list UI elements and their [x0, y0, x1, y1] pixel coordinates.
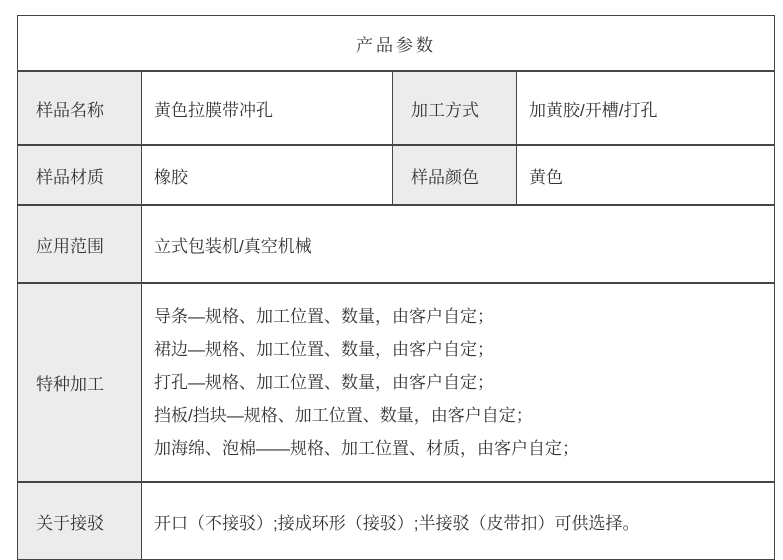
special-processing-line: 打孔—规格、加工位置、数量，由客户自定；: [154, 366, 773, 399]
processing-method-label: 加工方式: [393, 71, 517, 145]
special-processing-line: 加海绵、泡棉——规格、加工位置、材质，由客户自定；: [154, 432, 773, 465]
special-processing-line: 裙边—规格、加工位置、数量，由客户自定；: [154, 333, 773, 366]
sample-material-label: 样品材质: [18, 145, 142, 205]
table-title: 产品参数: [18, 16, 775, 72]
special-processing-label: 特种加工: [18, 283, 142, 482]
table-row: 应用范围 立式包装机/真空机械: [18, 205, 775, 283]
table-row: 样品名称 黄色拉膜带冲孔 加工方式 加黄胶/开槽/打孔: [18, 71, 775, 145]
special-processing-line: 挡板/挡块—规格、加工位置、数量，由客户自定；: [154, 399, 773, 432]
application-range-value: 立式包装机/真空机械: [142, 205, 775, 283]
product-params-table: 产品参数 样品名称 黄色拉膜带冲孔 加工方式 加黄胶/开槽/打孔 样品材质 橡胶…: [17, 15, 775, 560]
table-header-row: 产品参数: [18, 16, 775, 72]
sample-material-value: 橡胶: [142, 145, 393, 205]
sample-color-label: 样品颜色: [393, 145, 517, 205]
special-processing-line: 导条—规格、加工位置、数量，由客户自定；: [154, 300, 773, 333]
application-range-label: 应用范围: [18, 205, 142, 283]
table-row: 样品材质 橡胶 样品颜色 黄色: [18, 145, 775, 205]
connection-value: 开口（不接驳）;接成环形（接驳）;半接驳（皮带扣）可供选择。: [142, 482, 775, 560]
sample-name-label: 样品名称: [18, 71, 142, 145]
special-processing-value: 导条—规格、加工位置、数量，由客户自定； 裙边—规格、加工位置、数量，由客户自定…: [142, 283, 775, 482]
product-page: 产品参数 样品名称 黄色拉膜带冲孔 加工方式 加黄胶/开槽/打孔 样品材质 橡胶…: [0, 0, 783, 560]
table-row: 特种加工 导条—规格、加工位置、数量，由客户自定； 裙边—规格、加工位置、数量，…: [18, 283, 775, 482]
processing-method-value: 加黄胶/开槽/打孔: [517, 71, 775, 145]
table-row: 关于接驳 开口（不接驳）;接成环形（接驳）;半接驳（皮带扣）可供选择。: [18, 482, 775, 560]
connection-label: 关于接驳: [18, 482, 142, 560]
sample-color-value: 黄色: [517, 145, 775, 205]
sample-name-value: 黄色拉膜带冲孔: [142, 71, 393, 145]
